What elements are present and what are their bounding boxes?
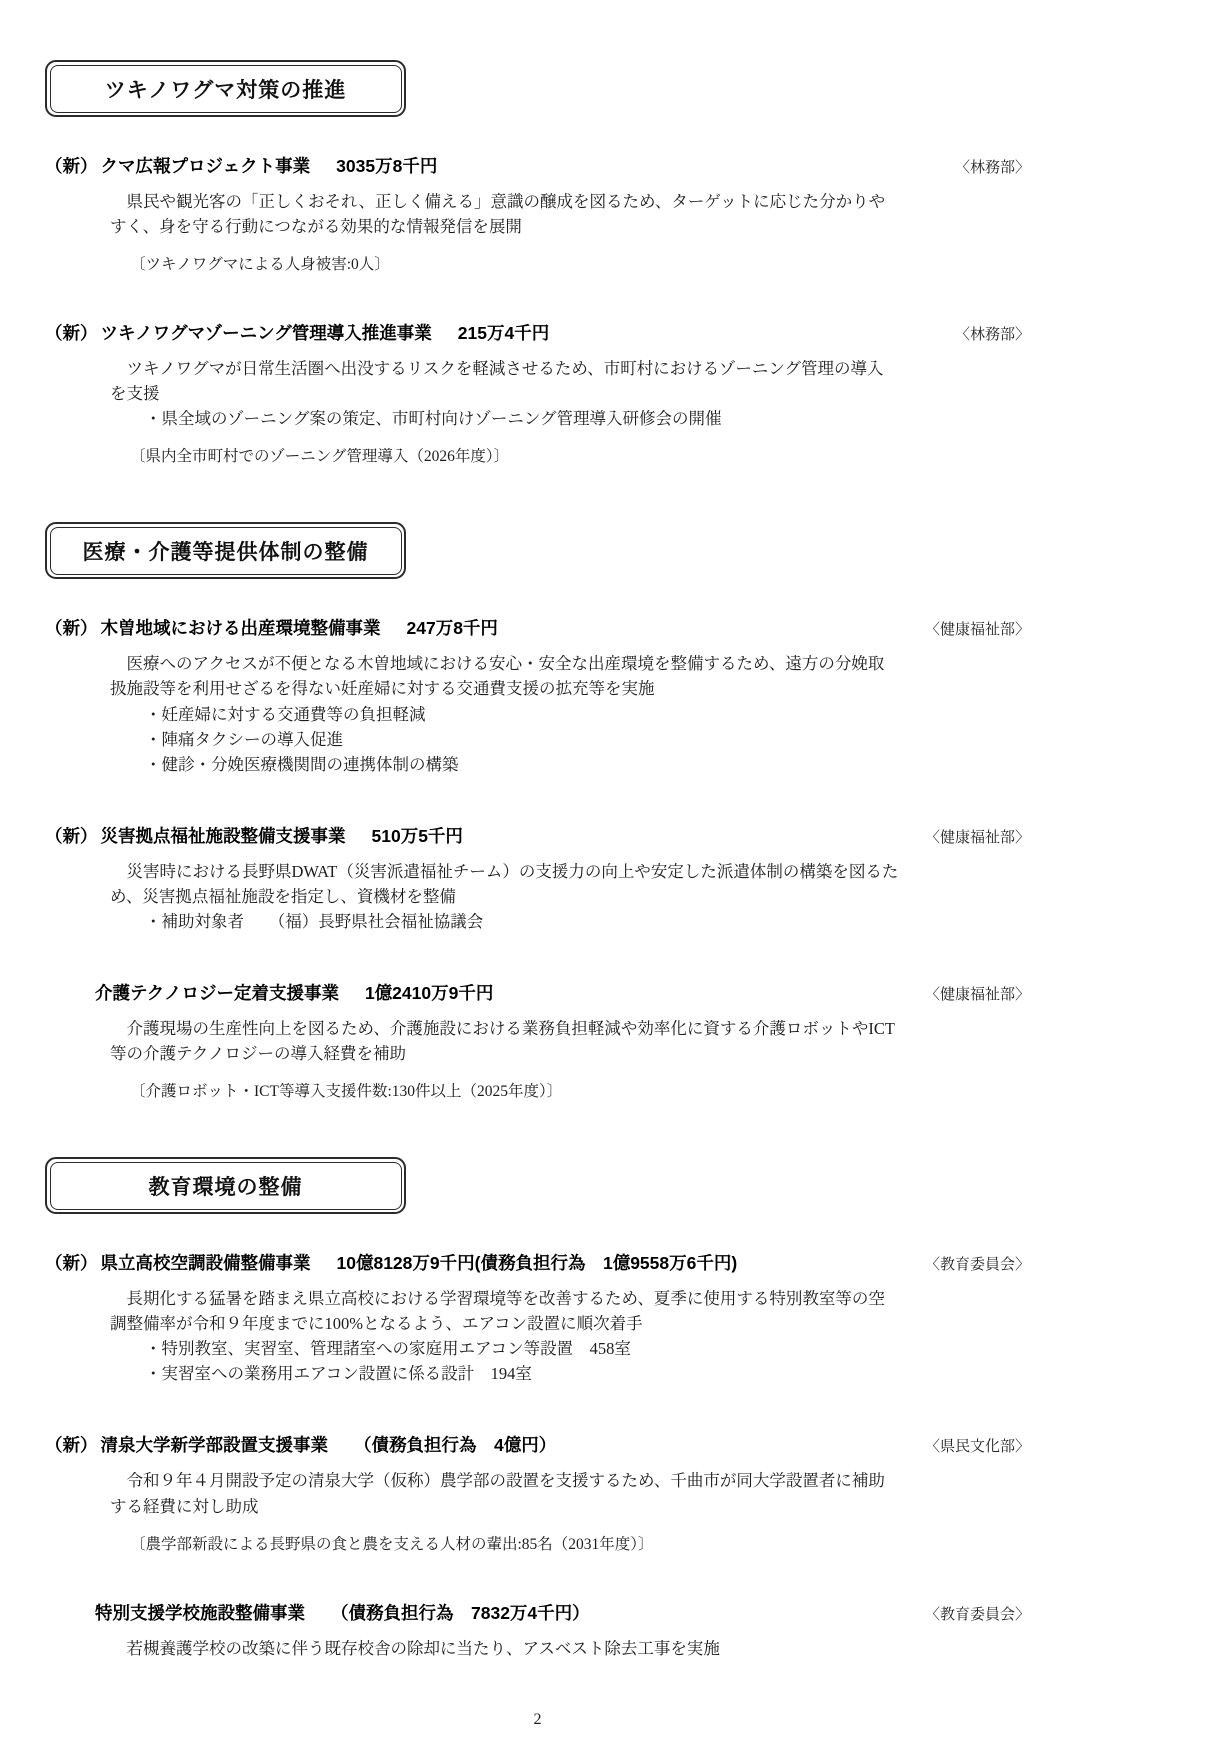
item-amount: （債務負担行為 7832万4千円） <box>331 1603 590 1623</box>
item-title: （新）県立高校空調設備整備事業10億8128万9千円(債務負担行為 1億9558… <box>45 1250 737 1275</box>
item-bullets: ・妊産婦に対する交通費等の負担軽減 ・陣痛タクシーの導入促進 ・健診・分娩医療機… <box>145 702 1030 777</box>
item-title: （新）木曽地域における出産環境整備事業247万8千円 <box>45 615 498 640</box>
section-heading-box: 教育環境の整備 <box>45 1157 406 1214</box>
item-bullets: ・県全域のゾーニング案の策定、市町村向けゾーニング管理導入研修会の開催 <box>145 406 1030 431</box>
budget-item: （新）県立高校空調設備整備事業10億8128万9千円(債務負担行為 1億9558… <box>45 1250 1030 1386</box>
item-title-text: 木曽地域における出産環境整備事業 <box>101 618 381 638</box>
item-title: （新）クマ広報プロジェクト事業3035万8千円 <box>45 153 437 178</box>
item-description: 介護現場の生産性向上を図るため、介護施設における業務負担軽減や効率化に資する介護… <box>110 1016 1030 1066</box>
item-description: ツキノワグマが日常生活圏へ出没するリスクを軽減させるため、市町村におけるゾーニン… <box>110 356 1030 406</box>
item-amount: （債務負担行為 4億円） <box>354 1435 556 1455</box>
item-amount: 510万5千円 <box>372 826 463 846</box>
item-amount: 10億8128万9千円(債務負担行為 1億9558万6千円) <box>337 1253 738 1273</box>
bullet-item: ・妊産婦に対する交通費等の負担軽減 <box>145 702 1030 727</box>
new-marker: （新） <box>45 826 98 846</box>
item-note: 〔ツキノワグマによる人身被害:0人〕 <box>130 252 1030 274</box>
department-label: 〈教育委員会〉 <box>925 1603 1030 1624</box>
section-heading-box: ツキノワグマ対策の推進 <box>45 60 406 117</box>
item-amount: 1億2410万9千円 <box>365 983 493 1003</box>
item-description: 若槻養護学校の改築に伴う既存校舎の除却に当たり、アスベスト除去工事を実施 <box>110 1636 1030 1661</box>
budget-item: （新）木曽地域における出産環境整備事業247万8千円 〈健康福祉部〉 医療へのア… <box>45 615 1030 776</box>
document-page: ツキノワグマ対策の推進 （新）クマ広報プロジェクト事業3035万8千円 〈林務部… <box>0 0 1206 1759</box>
department-label: 〈健康福祉部〉 <box>925 983 1030 1004</box>
item-title: 介護テクノロジー定着支援事業1億2410万9千円 <box>95 980 493 1005</box>
item-title: （新）清泉大学新学部設置支援事業（債務負担行為 4億円） <box>45 1432 556 1457</box>
item-note: 〔農学部新設による長野県の食と農を支える人材の輩出:85名（2031年度）〕 <box>130 1532 1030 1554</box>
item-title: （新）災害拠点福祉施設整備支援事業510万5千円 <box>45 823 463 848</box>
new-marker: （新） <box>45 156 98 176</box>
item-description: 長期化する猛暑を踏まえ県立高校における学習環境等を改善するため、夏季に使用する特… <box>110 1286 1030 1336</box>
item-description: 医療へのアクセスが不便となる木曽地域における安心・安全な出産環境を整備するため、… <box>110 651 1030 701</box>
budget-item: 介護テクノロジー定着支援事業1億2410万9千円 〈健康福祉部〉 介護現場の生産… <box>45 980 1030 1101</box>
item-title: （新）ツキノワグマゾーニング管理導入推進事業215万4千円 <box>45 320 549 345</box>
item-title-text: 特別支援学校施設整備事業 <box>95 1603 305 1623</box>
item-header: （新）クマ広報プロジェクト事業3035万8千円 〈林務部〉 <box>45 153 1030 178</box>
item-title-text: 介護テクノロジー定着支援事業 <box>95 983 339 1003</box>
item-header: 介護テクノロジー定着支援事業1億2410万9千円 〈健康福祉部〉 <box>45 980 1030 1005</box>
bullet-item: ・陣痛タクシーの導入促進 <box>145 727 1030 752</box>
department-label: 〈林務部〉 <box>955 323 1030 344</box>
page-number: 2 <box>45 1711 1030 1729</box>
item-title-text: クマ広報プロジェクト事業 <box>101 156 311 176</box>
budget-item: （新）クマ広報プロジェクト事業3035万8千円 〈林務部〉 県民や観光客の「正し… <box>45 153 1030 274</box>
bullet-item: ・健診・分娩医療機関間の連携体制の構築 <box>145 752 1030 777</box>
department-label: 〈県民文化部〉 <box>925 1435 1030 1456</box>
budget-item: 特別支援学校施設整備事業（債務負担行為 7832万4千円） 〈教育委員会〉 若槻… <box>45 1600 1030 1661</box>
budget-item: （新）清泉大学新学部設置支援事業（債務負担行為 4億円） 〈県民文化部〉 令和９… <box>45 1432 1030 1553</box>
item-description: 災害時における長野県DWAT（災害派遣福祉チーム）の支援力の向上や安定した派遣体… <box>110 859 1030 909</box>
new-marker: （新） <box>45 618 98 638</box>
bullet-item: ・特別教室、実習室、管理諸室への家庭用エアコン等設置 458室 <box>145 1336 1030 1361</box>
department-label: 〈健康福祉部〉 <box>925 826 1030 847</box>
item-title-text: 災害拠点福祉施設整備支援事業 <box>101 826 346 846</box>
department-label: 〈健康福祉部〉 <box>925 618 1030 639</box>
department-label: 〈林務部〉 <box>955 156 1030 177</box>
budget-item: （新）災害拠点福祉施設整備支援事業510万5千円 〈健康福祉部〉 災害時における… <box>45 823 1030 934</box>
department-label: 〈教育委員会〉 <box>925 1253 1030 1274</box>
document-content: ツキノワグマ対策の推進 （新）クマ広報プロジェクト事業3035万8千円 〈林務部… <box>0 0 1206 1661</box>
item-title: 特別支援学校施設整備事業（債務負担行為 7832万4千円） <box>95 1600 590 1625</box>
section-heading-box: 医療・介護等提供体制の整備 <box>45 522 406 579</box>
item-description: 令和９年４月開設予定の清泉大学（仮称）農学部の設置を支援するため、千曲市が同大学… <box>110 1468 1030 1518</box>
item-title-text: 県立高校空調設備整備事業 <box>101 1253 311 1273</box>
section-heading: ツキノワグマ対策の推進 <box>50 65 402 113</box>
item-header: （新）ツキノワグマゾーニング管理導入推進事業215万4千円 〈林務部〉 <box>45 320 1030 345</box>
budget-item: （新）ツキノワグマゾーニング管理導入推進事業215万4千円 〈林務部〉 ツキノワ… <box>45 320 1030 466</box>
item-amount: 247万8千円 <box>407 618 498 638</box>
item-header: （新）県立高校空調設備整備事業10億8128万9千円(債務負担行為 1億9558… <box>45 1250 1030 1275</box>
item-title-text: ツキノワグマゾーニング管理導入推進事業 <box>101 323 432 343</box>
item-bullets: ・特別教室、実習室、管理諸室への家庭用エアコン等設置 458室 ・実習室への業務… <box>145 1336 1030 1386</box>
item-header: （新）災害拠点福祉施設整備支援事業510万5千円 〈健康福祉部〉 <box>45 823 1030 848</box>
item-note: 〔介護ロボット・ICT等導入支援件数:130件以上（2025年度）〕 <box>130 1079 1030 1101</box>
item-header: （新）清泉大学新学部設置支援事業（債務負担行為 4億円） 〈県民文化部〉 <box>45 1432 1030 1457</box>
new-marker: （新） <box>45 1253 98 1273</box>
bullet-item: ・県全域のゾーニング案の策定、市町村向けゾーニング管理導入研修会の開催 <box>145 406 1030 431</box>
item-header: （新）木曽地域における出産環境整備事業247万8千円 〈健康福祉部〉 <box>45 615 1030 640</box>
bullet-item: ・実習室への業務用エアコン設置に係る設計 194室 <box>145 1361 1030 1386</box>
item-title-text: 清泉大学新学部設置支援事業 <box>101 1435 329 1455</box>
section-heading: 教育環境の整備 <box>50 1162 402 1210</box>
item-header: 特別支援学校施設整備事業（債務負担行為 7832万4千円） 〈教育委員会〉 <box>45 1600 1030 1625</box>
new-marker: （新） <box>45 1435 98 1455</box>
item-amount: 3035万8千円 <box>336 156 437 176</box>
item-description: 県民や観光客の「正しくおそれ、正しく備える」意識の醸成を図るため、ターゲットに応… <box>110 189 1030 239</box>
item-note: 〔県内全市町村でのゾーニング管理導入（2026年度）〕 <box>130 444 1030 466</box>
new-marker: （新） <box>45 323 98 343</box>
item-bullets: ・補助対象者 （福）長野県社会福祉協議会 <box>145 909 1030 934</box>
item-amount: 215万4千円 <box>458 323 549 343</box>
bullet-item: ・補助対象者 （福）長野県社会福祉協議会 <box>145 909 1030 934</box>
section-heading: 医療・介護等提供体制の整備 <box>50 527 402 575</box>
